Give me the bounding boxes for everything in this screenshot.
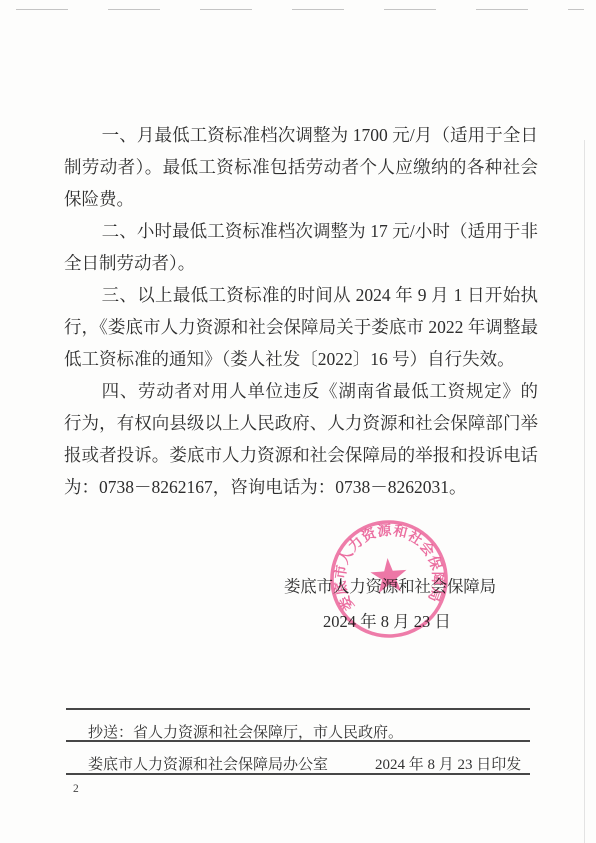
paragraph-effective-date: 三、以上最低工资标准的时间从 2024 年 9 月 1 日开始执行，《娄底市人力… [64, 279, 538, 375]
paragraph-complaint-hotline: 四、劳动者对用人单位违反《湖南省最低工资规定》的行为，有权向县级以上人民政府、人… [64, 375, 538, 503]
document-page: 一、月最低工资标准档次调整为 1700 元/月（适用于全日制劳动者）。最低工资标… [0, 0, 596, 843]
issuer-name: 娄底市人力资源和社会保障局 [284, 573, 496, 597]
scan-artifact-top-line [16, 9, 584, 10]
print-date: 2024 年 8 月 23 日印发 [375, 753, 521, 774]
seal-text: 娄底市人力资源和社会保障局 [328, 518, 449, 614]
footer-divider-middle [66, 740, 530, 742]
document-body: 一、月最低工资标准档次调整为 1700 元/月（适用于全日制劳动者）。最低工资标… [64, 119, 538, 503]
seal-text-path: 娄底市人力资源和社会保障局 [328, 518, 449, 614]
issuing-office: 娄底市人力资源和社会保障局办公室 [88, 753, 328, 774]
scan-artifact-right-edge [584, 140, 585, 843]
footer-divider-top [66, 708, 530, 710]
paragraph-monthly-wage: 一、月最低工资标准档次调整为 1700 元/月（适用于全日制劳动者）。最低工资标… [64, 119, 538, 215]
issue-date: 2024 年 8 月 23 日 [323, 608, 451, 632]
cc-distribution-line: 抄送：省人力资源和社会保障厅，市人民政府。 [88, 721, 403, 742]
paragraph-hourly-wage: 二、小时最低工资标准档次调整为 17 元/小时（适用于非全日制劳动者）。 [64, 215, 538, 279]
footer-divider-bottom [66, 773, 530, 775]
page-number: 2 [73, 783, 79, 795]
